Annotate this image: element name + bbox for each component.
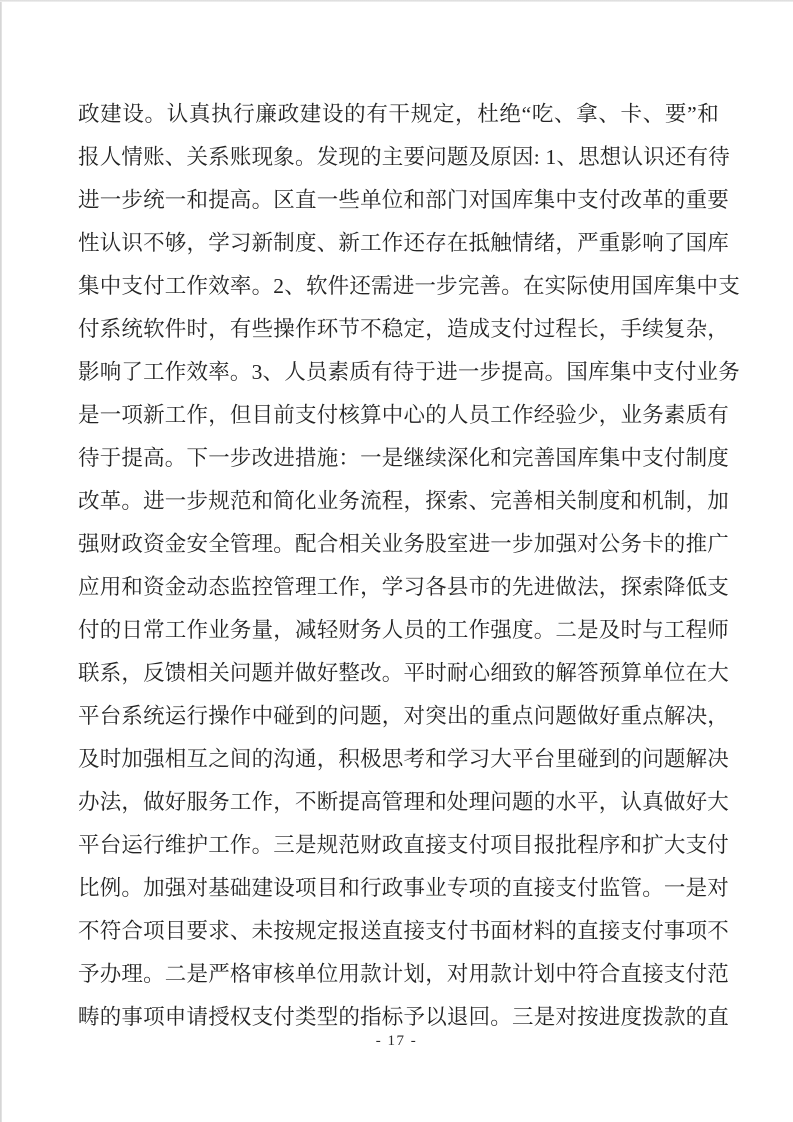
- text-line: 是一项新工作，但目前支付核算中心的人员工作经验少，业务素质有: [78, 394, 719, 437]
- text-line: 报人情账、关系账现象。发现的主要问题及原因: 1、思想认识还有待: [78, 136, 719, 179]
- text-block: 政建设。认真执行廉政建设的有干规定，杜绝“吃、拿、卡、要”和 报人情账、关系账现…: [78, 93, 719, 1039]
- page-number: - 17 -: [0, 1033, 793, 1050]
- text-line: 办法，做好服务工作，不断提高管理和处理问题的水平，认真做好大: [78, 781, 719, 824]
- text-line: 及时加强相互之间的沟通，积极思考和学习大平台里碰到的问题解决: [78, 738, 719, 781]
- text-line: 平台运行维护工作。三是规范财政直接支付项目报批程序和扩大支付: [78, 824, 719, 867]
- text-line: 不符合项目要求、未按规定报送直接支付书面材料的直接支付事项不: [78, 910, 719, 953]
- text-line: 比例。加强对基础建设项目和行政事业专项的直接支付监管。一是对: [78, 867, 719, 910]
- text-line: 付的日常工作业务量，减轻财务人员的工作强度。二是及时与工程师: [78, 609, 719, 652]
- scan-edge-left: [0, 0, 2, 1122]
- text-line: 进一步统一和提高。区直一些单位和部门对国库集中支付改革的重要: [78, 179, 719, 222]
- text-line: 待于提高。下一步改进措施：一是继续深化和完善国库集中支付制度: [78, 437, 719, 480]
- scan-edge-top: [0, 0, 793, 2]
- scanned-document: { "document": { "lines": [ "政建设。认真执行廉政建设…: [0, 0, 793, 1122]
- document-page: 政建设。认真执行廉政建设的有干规定，杜绝“吃、拿、卡、要”和 报人情账、关系账现…: [0, 0, 793, 1122]
- text-line: 集中支付工作效率。2、软件还需进一步完善。在实际使用国库集中支: [78, 265, 719, 308]
- text-line: 付系统软件时，有些操作环节不稳定，造成支付过程长，手续复杂，: [78, 308, 719, 351]
- text-line: 予办理。二是严格审核单位用款计划，对用款计划中符合直接支付范: [78, 953, 719, 996]
- text-line: 性认识不够，学习新制度、新工作还存在抵触情绪，严重影响了国库: [78, 222, 719, 265]
- text-line: 政建设。认真执行廉政建设的有干规定，杜绝“吃、拿、卡、要”和: [78, 93, 719, 136]
- text-line: 联系，反馈相关问题并做好整改。平时耐心细致的解答预算单位在大: [78, 652, 719, 695]
- text-line: 影响了工作效率。3、人员素质有待于进一步提高。国库集中支付业务: [78, 351, 719, 394]
- text-line: 应用和资金动态监控管理工作，学习各县市的先进做法，探索降低支: [78, 566, 719, 609]
- text-line: 强财政资金安全管理。配合相关业务股室进一步加强对公务卡的推广: [78, 523, 719, 566]
- text-line: 改革。进一步规范和简化业务流程，探索、完善相关制度和机制，加: [78, 480, 719, 523]
- text-line: 平台系统运行操作中碰到的问题，对突出的重点问题做好重点解决，: [78, 695, 719, 738]
